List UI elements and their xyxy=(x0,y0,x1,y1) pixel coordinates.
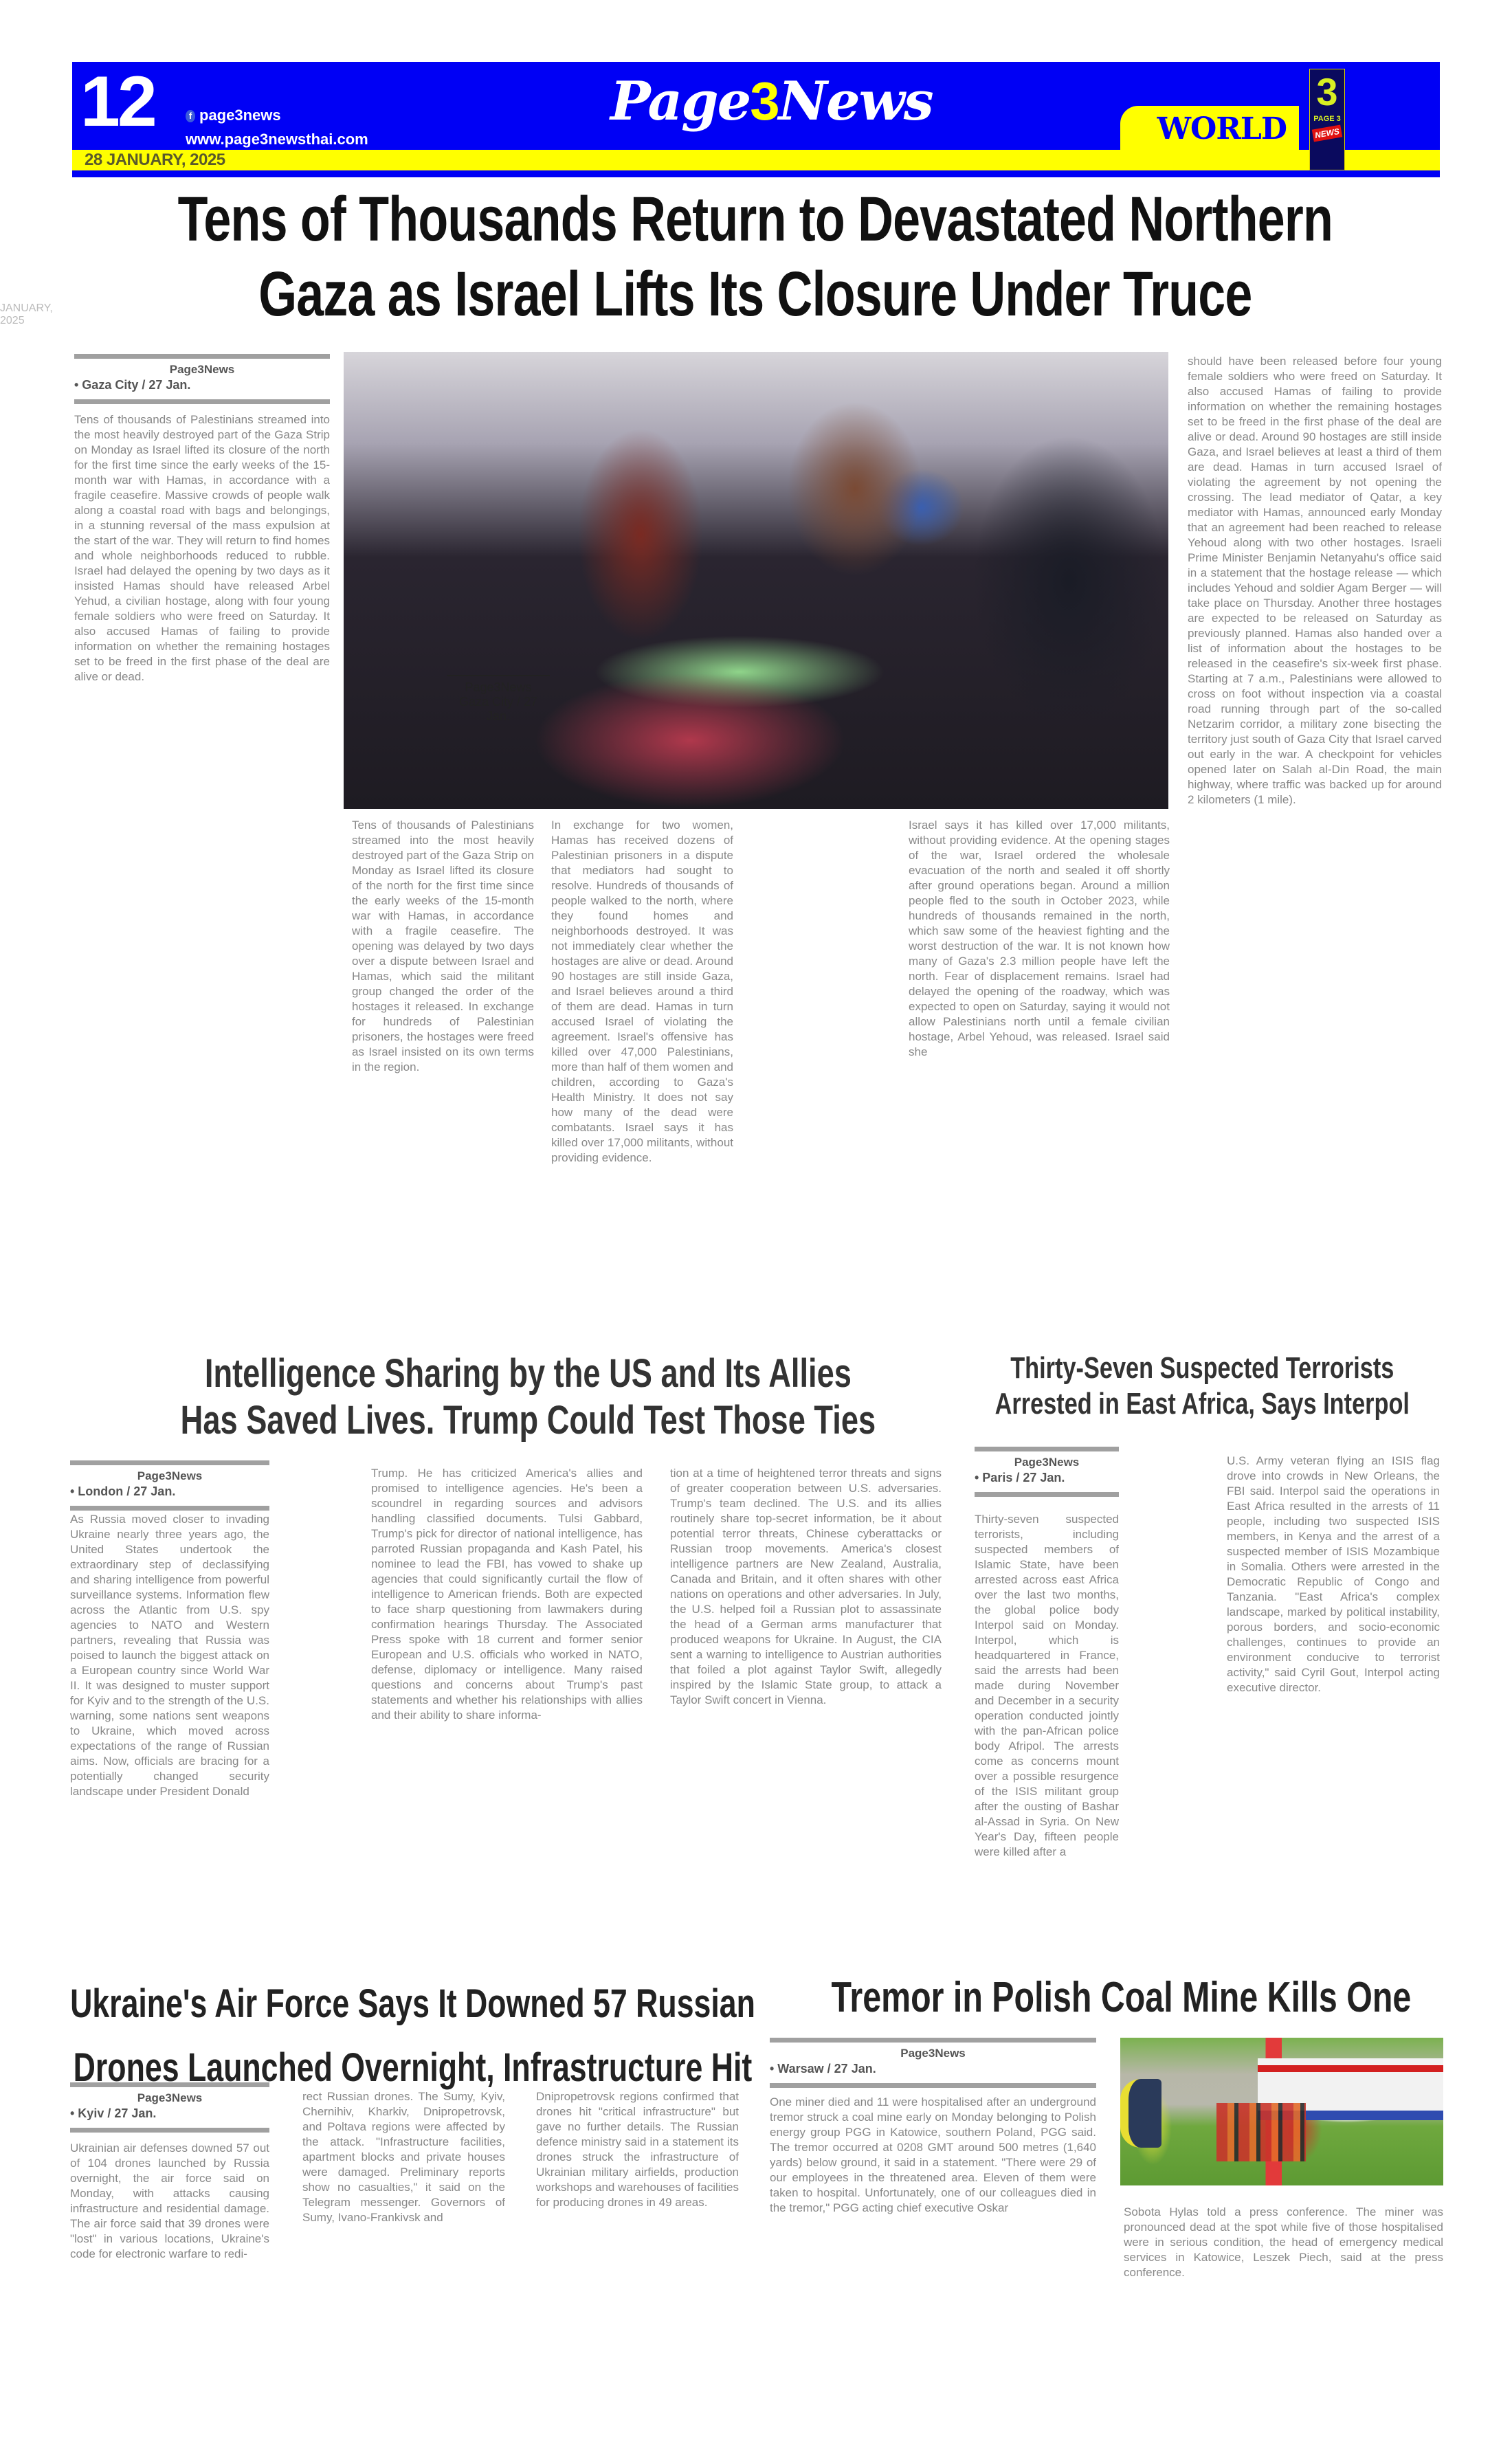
page3-badge-icon: 3 PAGE 3 NEWS xyxy=(1309,69,1345,170)
intelligence-column-3: tion at a time of heightened terror thre… xyxy=(670,1466,942,1940)
section-tab-world: WORLD xyxy=(1120,106,1299,150)
helicopter-shape xyxy=(1120,2079,1161,2148)
gaza-col2-text: Tens of thousands of Palestinians stream… xyxy=(352,818,534,1075)
polish-col1-text: One miner died and 11 were hospitalised … xyxy=(770,2095,1096,2216)
gaza-col5-text: should have been released before four yo… xyxy=(1188,354,1442,808)
polish-headline: Tremor in Polish Coal Mine Kills One xyxy=(783,1972,1459,2023)
photo-caption: Page3News Gaza City / 27 Jan. xyxy=(447,675,550,724)
ukraine-column-2: rect Russian drones. The Sumy, Kyiv, Che… xyxy=(302,2089,505,2426)
intelligence-byline: Page3News • London / 27 Jan. xyxy=(70,1460,269,1511)
interpol-col1-text: Thirty-seven suspected terrorists, inclu… xyxy=(975,1512,1119,1860)
byline-location: • Warsaw / 27 Jan. xyxy=(770,2062,1096,2076)
mine-rescue-photo xyxy=(1120,2038,1443,2185)
byline-source: Page3News xyxy=(74,363,330,377)
gaza-byline: Page3News • Gaza City / 27 Jan. xyxy=(74,354,330,404)
gaza-column-5: should have been released before four yo… xyxy=(1188,354,1442,1306)
intelligence-col3-text: tion at a time of heightened terror thre… xyxy=(670,1466,942,1708)
polish-column-1: One miner died and 11 were hospitalised … xyxy=(770,2095,1096,2322)
byline-location: • Kyiv / 27 Jan. xyxy=(70,2106,269,2121)
byline-source: Page3News xyxy=(975,1456,1119,1469)
website-link[interactable]: www.page3newsthai.com xyxy=(186,127,368,151)
gaza-column-2: Tens of thousands of Palestinians stream… xyxy=(352,818,534,1306)
intelligence-col1-text: As Russia moved closer to invading Ukrai… xyxy=(70,1512,269,1799)
badge-line1: PAGE 3 xyxy=(1310,115,1344,123)
date-strip xyxy=(72,150,1440,170)
badge-line2: NEWS xyxy=(1312,124,1342,142)
margin-date-fragment: JANUARY, 2025 xyxy=(0,302,69,330)
byline-source: Page3News xyxy=(770,2047,1096,2060)
section-label: WORLD xyxy=(1157,111,1287,146)
badge-number: 3 xyxy=(1310,69,1344,115)
byline-location: • Paris / 27 Jan. xyxy=(975,1471,1119,1485)
gaza-column-4: Israel says it has killed over 17,000 mi… xyxy=(909,818,1170,1306)
gaza-headline: Tens of Thousands Return to Devastated N… xyxy=(82,182,1428,331)
masthead: 12 fpage3news www.page3newsthai.com 28 J… xyxy=(72,62,1440,177)
ukraine-col2-text: rect Russian drones. The Sumy, Kyiv, Che… xyxy=(302,2089,505,2225)
byline-source: Page3News xyxy=(70,2091,269,2105)
intelligence-headline: Intelligence Sharing by the US and Its A… xyxy=(110,1350,946,1445)
ukraine-headline: Ukraine's Air Force Says It Downed 57 Ru… xyxy=(69,1972,757,2100)
caption-location: Gaza City / 27 Jan. xyxy=(447,695,550,724)
polish-col2-text: Sobota Hylas told a press conference. Th… xyxy=(1124,2205,1443,2280)
gaza-col4-text: Israel says it has killed over 17,000 mi… xyxy=(909,818,1170,1060)
intelligence-headline-line2: Has Saved Lives. Trump Could Test Those … xyxy=(181,1398,876,1443)
gaza-col3-text: In exchange for two women, Hamas has rec… xyxy=(551,818,733,1166)
polish-byline: Page3News • Warsaw / 27 Jan. xyxy=(770,2038,1096,2088)
logo-word-page: Page xyxy=(610,70,750,133)
gaza-headline-line2: Gaza as Israel Lifts Its Closure Under T… xyxy=(258,259,1252,329)
gaza-column-3: In exchange for two women, Hamas has rec… xyxy=(551,818,733,1306)
intelligence-headline-line1: Intelligence Sharing by the US and Its A… xyxy=(205,1351,852,1396)
byline-source: Page3News xyxy=(70,1469,269,1483)
ukraine-col3-text: Dnipropetrovsk regions confirmed that dr… xyxy=(536,2089,739,2210)
facebook-icon: f xyxy=(186,110,195,122)
ukraine-col1-text: Ukrainian air defenses downed 57 out of … xyxy=(70,2141,269,2262)
interpol-column-1: Thirty-seven suspected terrorists, inclu… xyxy=(975,1512,1119,1938)
rescuers-shape xyxy=(1216,2103,1306,2161)
polish-headline-text: Tremor in Polish Coal Mine Kills One xyxy=(832,1974,1412,2021)
gaza-col1-text: Tens of thousands of Palestinians stream… xyxy=(74,412,330,685)
interpol-col2-text: U.S. Army veteran flying an ISIS flag dr… xyxy=(1227,1454,1440,1695)
social-links: fpage3news www.page3newsthai.com xyxy=(186,103,368,151)
ukraine-headline-line1: Ukraine's Air Force Says It Downed 57 Ru… xyxy=(70,1981,755,2026)
ukraine-column-1: Ukrainian air defenses downed 57 out of … xyxy=(70,2141,269,2429)
logo-number-three: 3 xyxy=(750,71,778,131)
intelligence-column-1: As Russia moved closer to invading Ukrai… xyxy=(70,1512,269,1938)
interpol-headline-line2: Arrested in East Africa, Says Interpol xyxy=(995,1387,1410,1421)
interpol-headline-line1: Thirty-Seven Suspected Terrorists xyxy=(1010,1351,1394,1385)
intelligence-column-2: Trump. He has criticized America's allie… xyxy=(371,1466,643,1940)
ukraine-column-3: Dnipropetrovsk regions confirmed that dr… xyxy=(536,2089,739,2426)
polish-column-2: Sobota Hylas told a press conference. Th… xyxy=(1124,2205,1443,2342)
page-number: 12 xyxy=(80,66,155,137)
facebook-handle[interactable]: page3news xyxy=(199,107,281,124)
logo-word-news: News xyxy=(779,70,933,133)
interpol-byline: Page3News • Paris / 27 Jan. xyxy=(975,1447,1119,1497)
ukraine-byline: Page3News • Kyiv / 27 Jan. xyxy=(70,2082,269,2133)
issue-date: 28 JANUARY, 2025 xyxy=(85,150,225,170)
byline-location: • Gaza City / 27 Jan. xyxy=(74,378,330,392)
gaza-column-1: Tens of thousands of Palestinians stream… xyxy=(74,412,330,1306)
newspaper-logo: Page3News xyxy=(610,74,933,129)
byline-location: • London / 27 Jan. xyxy=(70,1484,269,1499)
gaza-headline-line1: Tens of Thousands Return to Devastated N… xyxy=(178,184,1333,254)
gaza-returnees-photo: Page3News Gaza City / 27 Jan. xyxy=(344,352,1168,809)
interpol-column-2: U.S. Army veteran flying an ISIS flag dr… xyxy=(1227,1454,1440,1938)
interpol-headline: Thirty-Seven Suspected Terrorists Arrest… xyxy=(969,1350,1436,1422)
intelligence-col2-text: Trump. He has criticized America's allie… xyxy=(371,1466,643,1723)
caption-source: Page3News xyxy=(447,680,550,695)
